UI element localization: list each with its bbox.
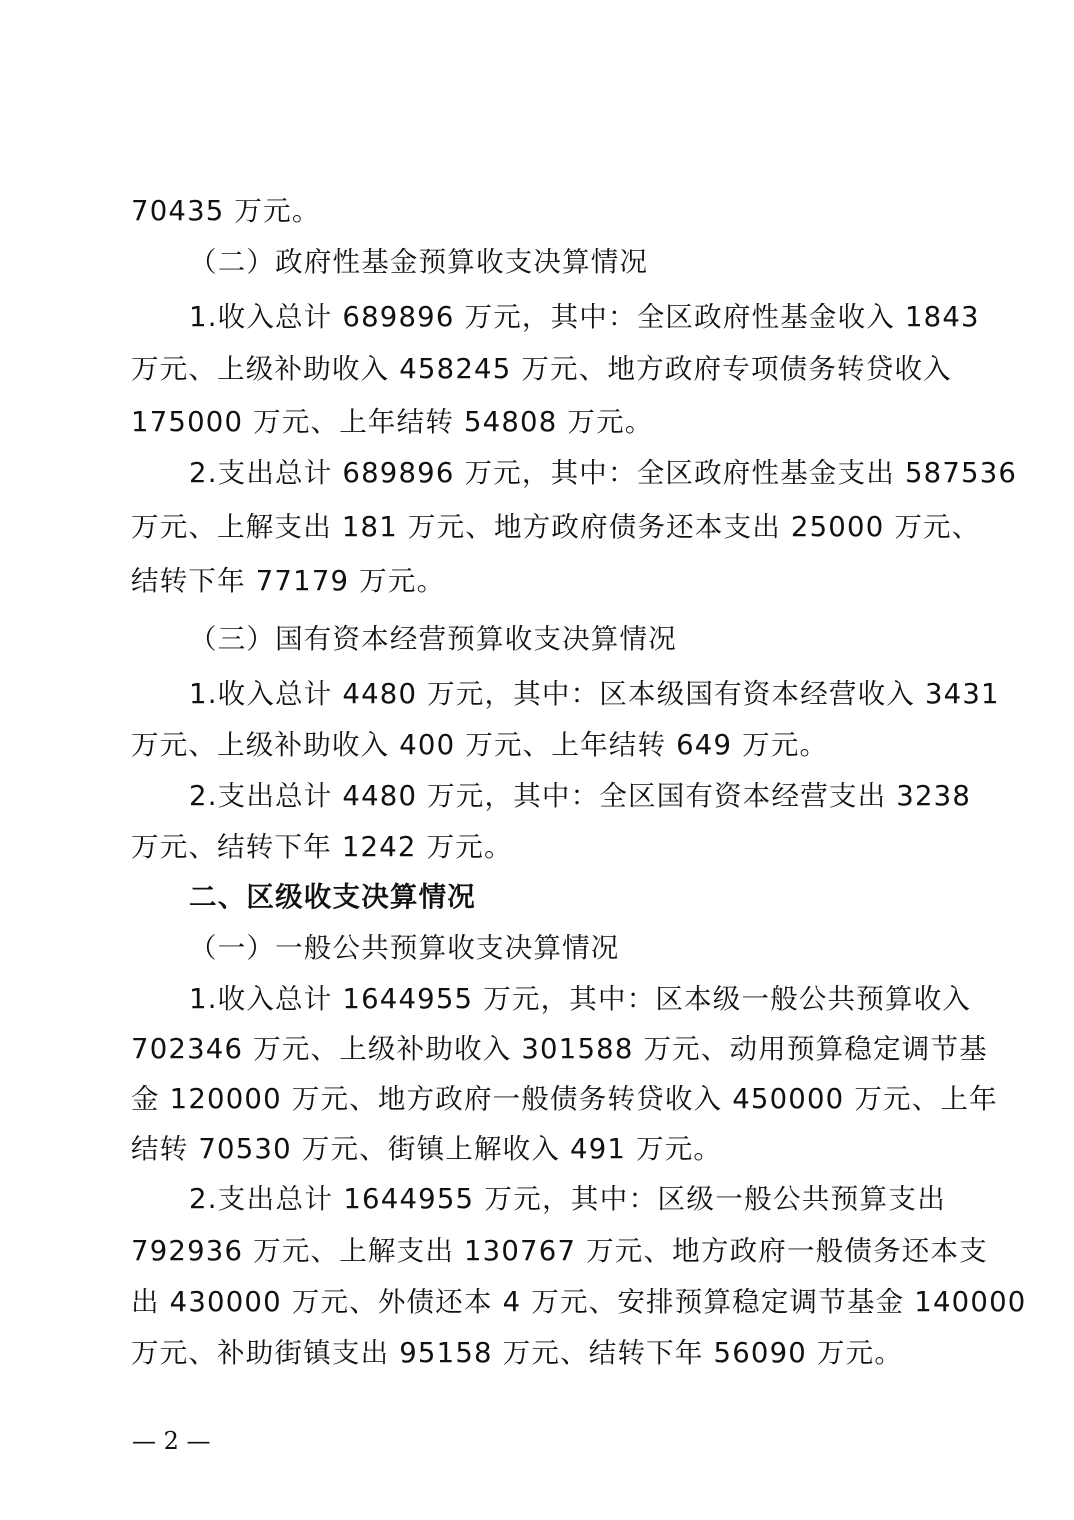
paragraph-line: 2.支出总计 1644955 万元，其中：区级一般公共预算支出 bbox=[189, 1181, 946, 1217]
paragraph-line: 175000 万元、上年结转 54808 万元。 bbox=[131, 404, 946, 440]
section-heading-general-public-budget: （一）一般公共预算收支决算情况 bbox=[189, 930, 1004, 966]
paragraph-line: 万元、上解支出 181 万元、地方政府债务还本支出 25000 万元、 bbox=[131, 509, 946, 545]
paragraph-line: 702346 万元、上级补助收入 301588 万元、动用预算稳定调节基 bbox=[131, 1031, 946, 1067]
paragraph-line: 2.支出总计 4480 万元，其中：全区国有资本经营支出 3238 bbox=[189, 778, 946, 814]
paragraph-line: 出 430000 万元、外债还本 4 万元、安排预算稳定调节基金 140000 bbox=[131, 1284, 946, 1320]
paragraph-line: 结转下年 77179 万元。 bbox=[131, 563, 946, 599]
paragraph-line: 万元、补助街镇支出 95158 万元、结转下年 56090 万元。 bbox=[131, 1335, 946, 1371]
paragraph-line: 1.收入总计 689896 万元，其中：全区政府性基金收入 1843 bbox=[189, 299, 946, 335]
paragraph-line-continuation: 70435 万元。 bbox=[131, 193, 946, 229]
paragraph-line: 结转 70530 万元、街镇上解收入 491 万元。 bbox=[131, 1131, 946, 1167]
paragraph-line: 792936 万元、上解支出 130767 万元、地方政府一般债务还本支 bbox=[131, 1233, 946, 1269]
paragraph-line: 万元、上级补助收入 458245 万元、地方政府专项债务转贷收入 bbox=[131, 351, 946, 387]
paragraph-line: 万元、结转下年 1242 万元。 bbox=[131, 829, 946, 865]
paragraph-line: 1.收入总计 4480 万元，其中：区本级国有资本经营收入 3431 bbox=[189, 676, 946, 712]
paragraph-line: 1.收入总计 1644955 万元，其中：区本级一般公共预算收入 bbox=[189, 981, 946, 1017]
section-heading-state-capital: （三）国有资本经营预算收支决算情况 bbox=[189, 621, 1004, 657]
section-heading-government-fund: （二）政府性基金预算收支决算情况 bbox=[189, 244, 1004, 280]
page-number: — 2 — bbox=[132, 1426, 211, 1456]
paragraph-line: 万元、上级补助收入 400 万元、上年结转 649 万元。 bbox=[131, 727, 946, 763]
paragraph-line: 2.支出总计 689896 万元，其中：全区政府性基金支出 587536 bbox=[189, 455, 946, 491]
document-page: 70435 万元。 （二）政府性基金预算收支决算情况 1.收入总计 689896… bbox=[0, 0, 1074, 1520]
paragraph-line: 金 120000 万元、地方政府一般债务转贷收入 450000 万元、上年 bbox=[131, 1081, 946, 1117]
chapter-heading-district-level: 二、区级收支决算情况 bbox=[189, 879, 1004, 915]
